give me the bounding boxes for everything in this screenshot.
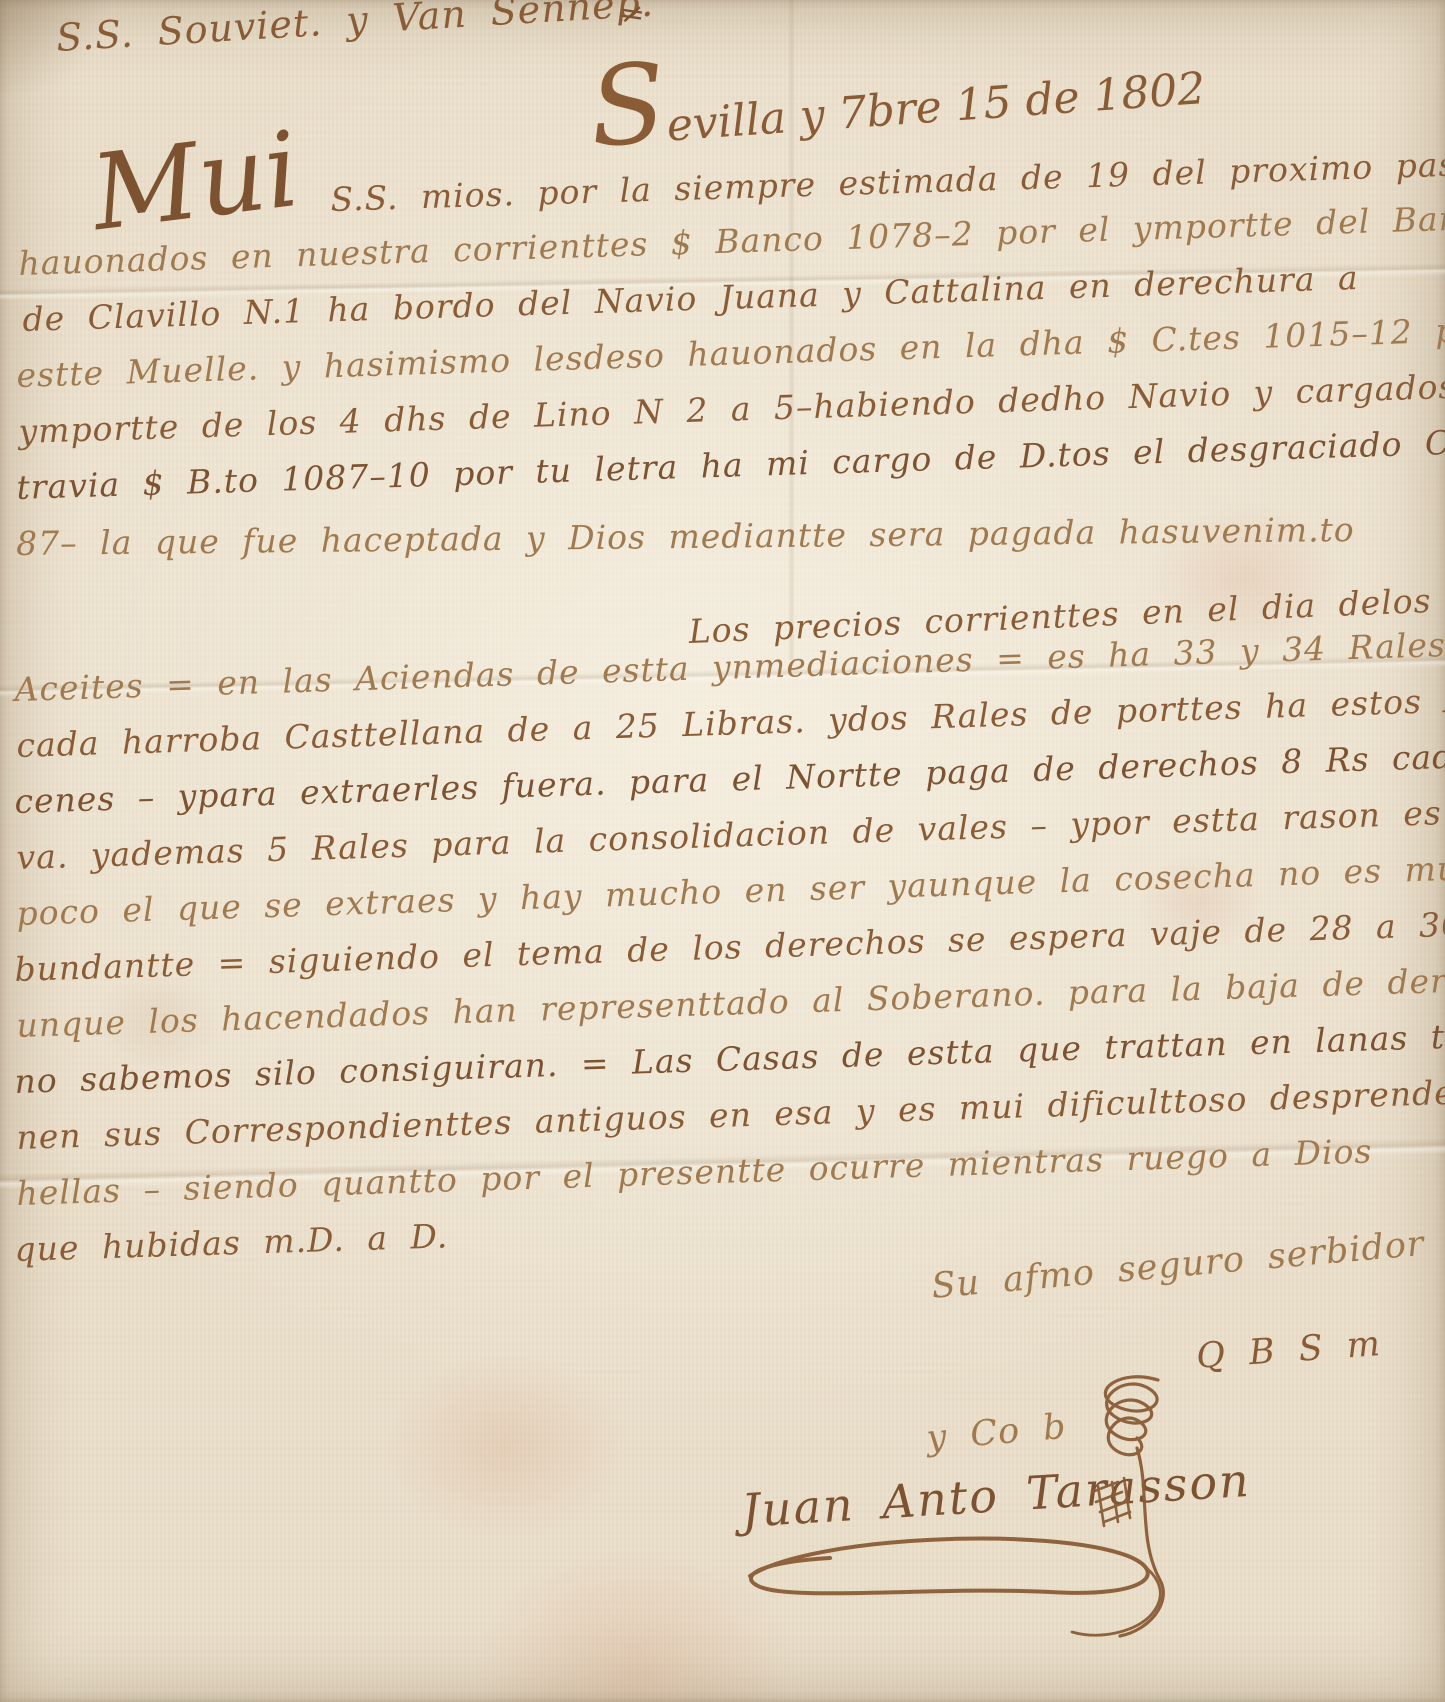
letter-line: 87– la que fue haceptada y Dios mediantt…: [16, 512, 1355, 562]
salutation-initial: Mui: [88, 128, 303, 236]
addressee-line: S.S. Souviet. y Van Sennep.: [55, 0, 655, 60]
letter-line: que hubidas m.D. a D.: [14, 1218, 449, 1268]
closing-line: Q B S m: [1195, 1325, 1382, 1376]
page-mark: ≠: [617, 0, 647, 32]
dateline: Sevilla y 7bre 15 de 1802: [588, 35, 1207, 157]
letter-page: S.S. Souviet. y Van Sennep. ≠ Sevilla y …: [0, 0, 1445, 1702]
signature-flourish-graphic: [720, 1340, 1200, 1680]
closing-line: Su afmo seguro serbidor: [930, 1225, 1426, 1306]
